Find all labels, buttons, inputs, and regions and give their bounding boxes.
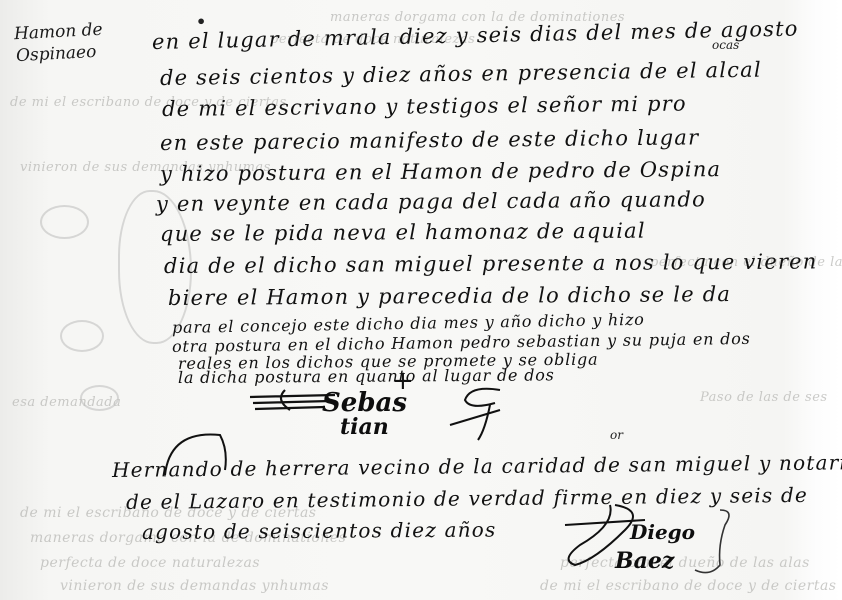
body-line-9: biere el Hamon y parecedia de lo dicho s… [168,282,731,310]
bleed-through-flourish [60,320,104,352]
body-line-3: de mi el escrivano y testigos el señor m… [162,92,687,121]
bleed-through-text: Paso de las de ses [700,390,828,405]
notary-signature-line-2: Baez [615,548,674,574]
body-line-5: y hizo postura en el Hamon de pedro de O… [160,157,721,186]
margin-note-line-1: Hamon de [14,20,104,45]
bleed-through-text: vinieron de sus demandas ynhumas [60,578,329,594]
bleed-through-text: perfecta de doce naturalezas [40,555,260,571]
body-line-7: que se le pida neva el hamonaz de aquial [160,219,646,246]
witness-signature-flourish [440,385,520,445]
superscript-note: ocas [712,38,739,52]
body-line-13: la dicha postura en quanto al lugar de d… [178,365,555,387]
bleed-through-flourish [80,385,119,411]
body-line-8: dia de el dicho san miguel presente a no… [164,249,818,278]
body-line-2: de seis cientos y diez años en presencia… [160,58,762,90]
margin-note-line-2: Ospinaeo [16,42,97,66]
notary-signature-line-1: Diego [630,520,695,544]
body-line-6: y en veynte en cada paga del cada año qu… [156,187,706,216]
manuscript-page: maneras dorgama con la de dominationes p… [0,0,842,600]
superscript-note: or [610,428,623,442]
notary-rubric [690,505,740,580]
closing-line-3: agosto de seiscientos diez años [142,518,497,544]
bleed-through-text: de mi el escribano de doce y de ciertas [540,578,836,594]
body-line-4: en este parecio manifesto de este dicho … [160,125,700,155]
bleed-through-flourish [40,205,89,239]
witness-signature-line-2: tian [340,414,389,440]
